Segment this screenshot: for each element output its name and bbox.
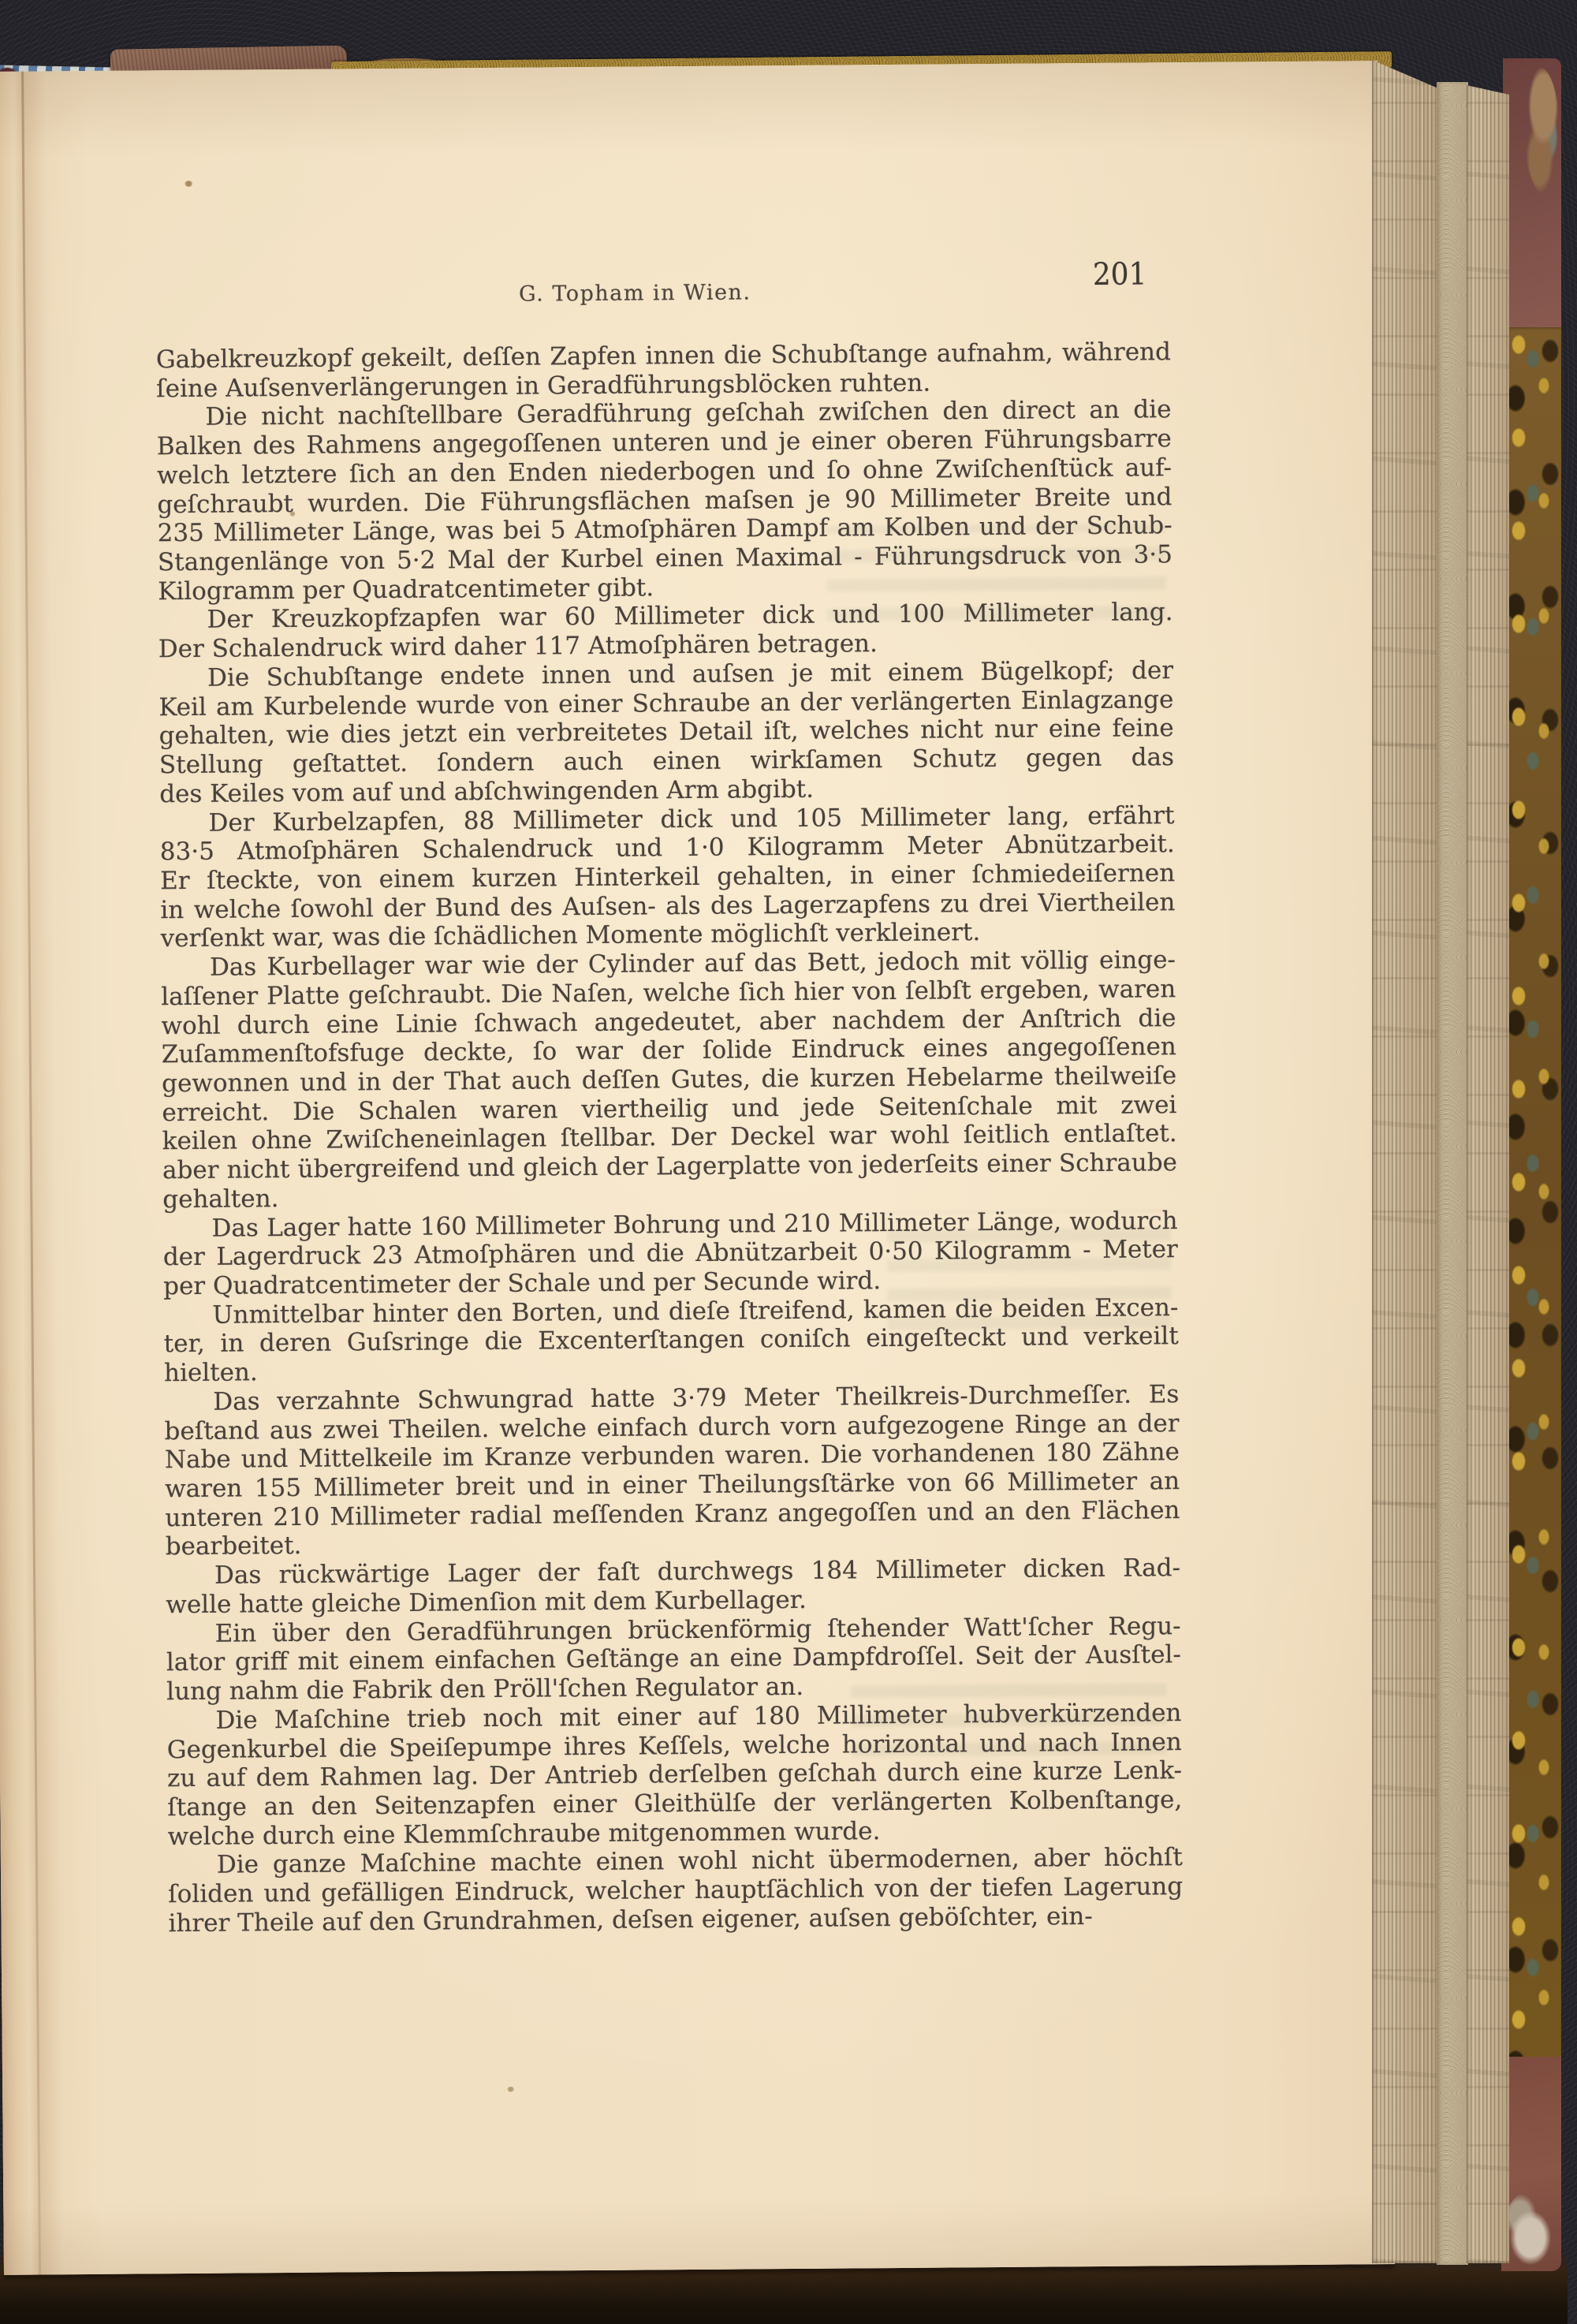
foxing-spot [507,2087,514,2092]
scan-background: { "page": { "running_header": "G. Topham… [0,0,1577,2324]
running-header: G. Topham in Wien. [430,279,840,307]
fore-edge-page-stack [1467,85,1509,2263]
cover-marbled-edge [1504,327,1561,2064]
foxing-spot [185,181,192,187]
fore-edge-page-stack [1372,60,1438,2263]
fore-edge-white-leaf [1437,82,1468,2265]
text-column: Gabelkreuzkopf gekeilt, deſſen Zapfen in… [156,338,1184,1938]
cover-torn-patch [1523,68,1560,194]
page-number: 201 [1079,256,1160,293]
cover-leather-top-corner [1503,58,1561,333]
cover-worn-patch [1504,2192,1556,2268]
book-page: G. Topham in Wien. 201 Gabelkreuzkopf ge… [0,61,1395,2275]
cover-leather-bottom-corner [1501,2057,1561,2271]
gutter-crease [21,72,41,2275]
